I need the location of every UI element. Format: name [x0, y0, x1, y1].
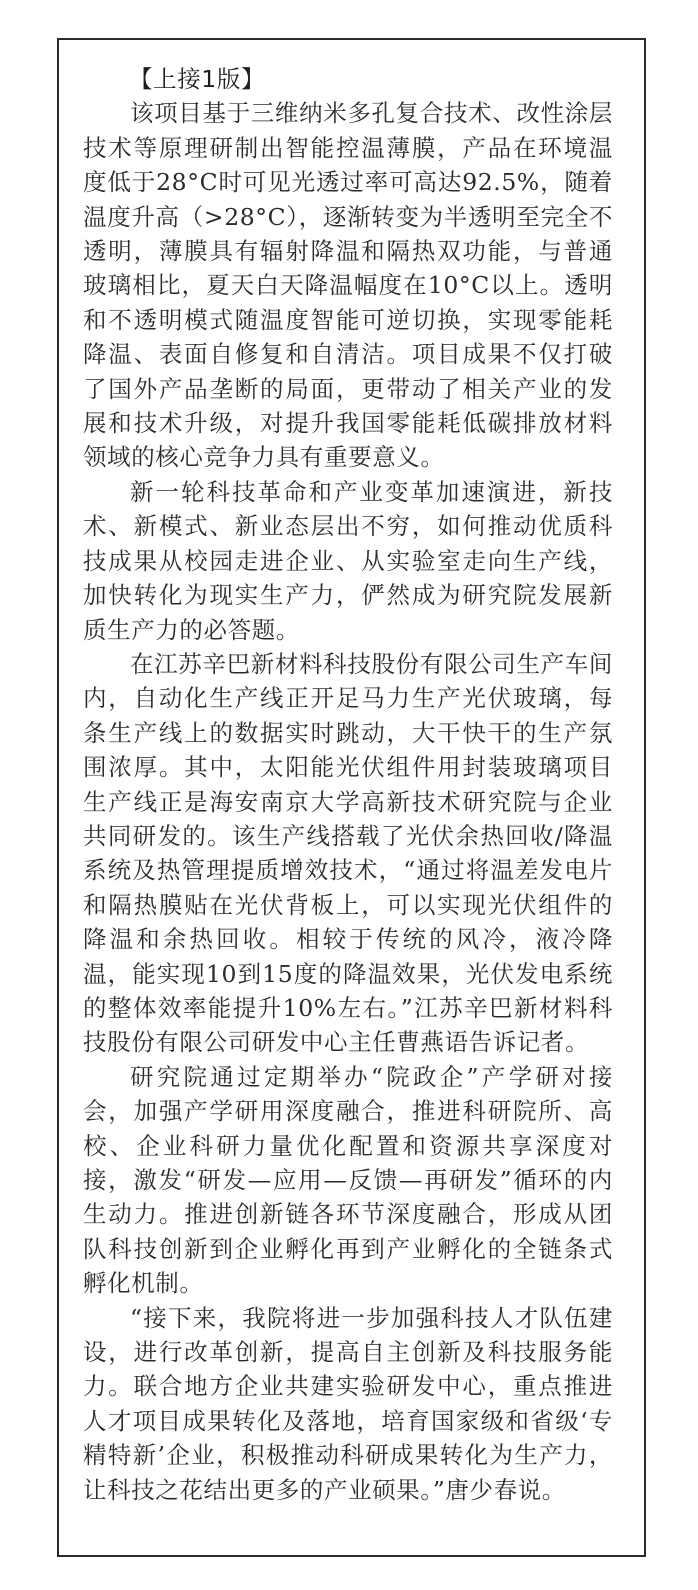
article-frame: 【上接1版】 该项目基于三维纳米多孔复合技术、改性涂层技术等原理研制出智能控温薄… — [57, 38, 646, 1557]
paragraph-industry-academia: 研究院通过定期举办“院政企”产学研对接会，加强产学研用深度融合，推进科研院所、高… — [83, 1060, 613, 1301]
article-body: 【上接1版】 该项目基于三维纳米多孔复合技术、改性涂层技术等原理研制出智能控温薄… — [83, 62, 613, 1507]
paragraph-production-line: 在江苏辛巴新材料科技股份有限公司生产车间内，自动化生产线正开足马力生产光伏玻璃，… — [83, 647, 613, 1060]
continued-from-kicker: 【上接1版】 — [83, 62, 613, 96]
paragraph-tech-revolution: 新一轮科技革命和产业变革加速演进，新技术、新模式、新业态层出不穷，如何推动优质科… — [83, 475, 613, 647]
paragraph-closing-quote: “接下来，我院将进一步加强科技人才队伍建设，进行改革创新，提高自主创新及科技服务… — [83, 1301, 613, 1507]
paragraph-smart-film: 该项目基于三维纳米多孔复合技术、改性涂层技术等原理研制出智能控温薄膜，产品在环境… — [83, 96, 613, 474]
